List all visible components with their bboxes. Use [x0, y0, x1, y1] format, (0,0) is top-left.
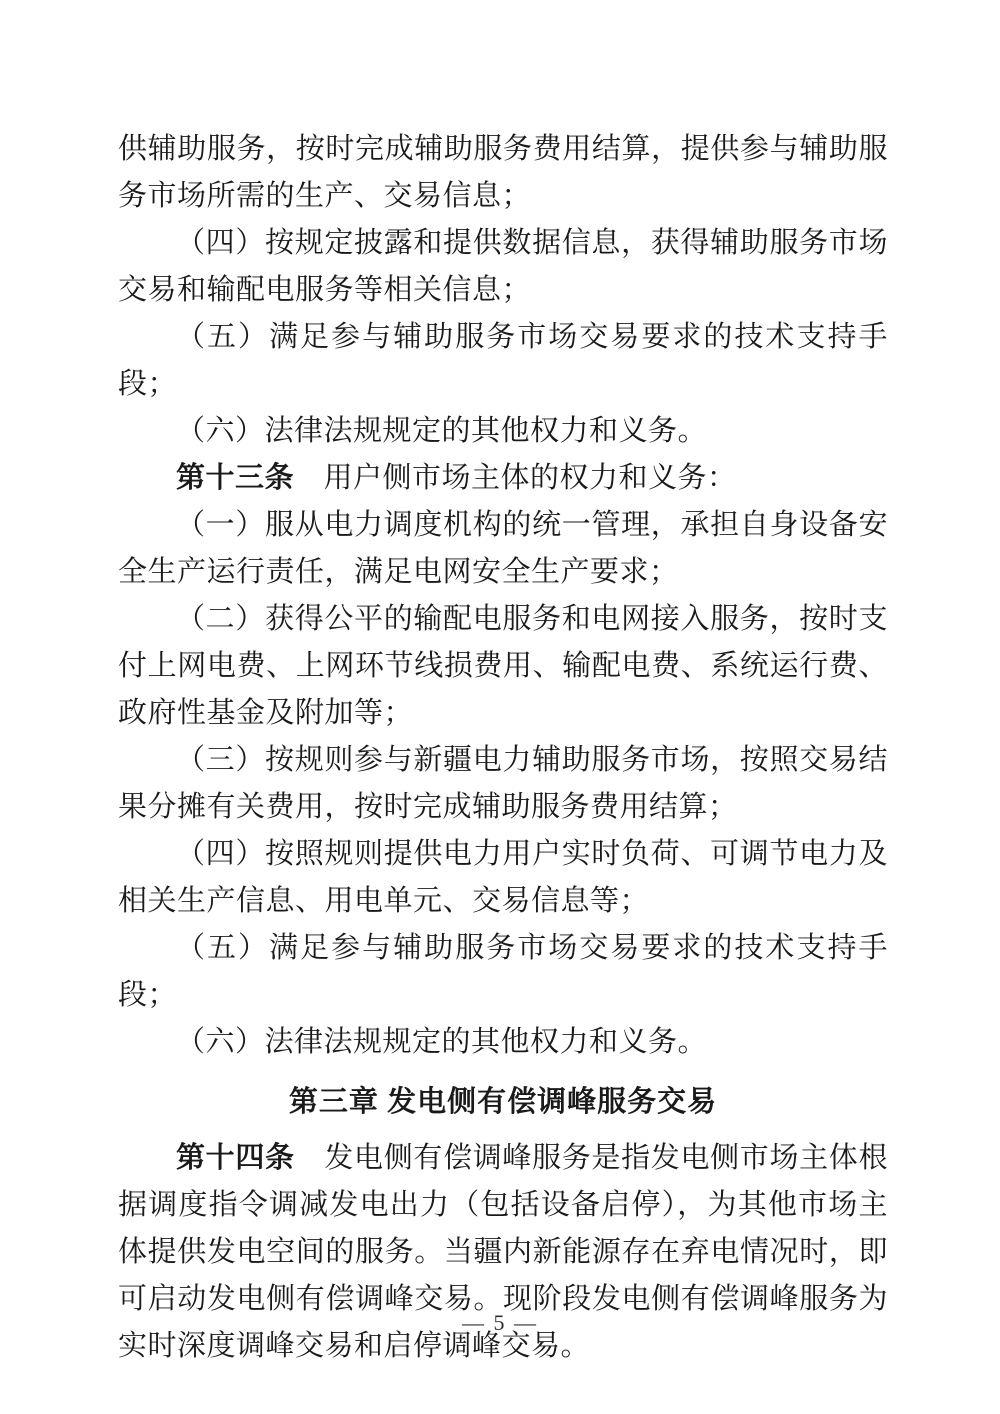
- article-number: 第十三条: [176, 462, 294, 494]
- paragraph-text: （一）服从电力调度机构的统一管理，承担自身设备安全生产运行责任，满足电网安全生产…: [118, 509, 888, 588]
- paragraph-text: 供辅助服务，按时完成辅助服务费用结算，提供参与辅助服务市场所需的生产、交易信息；: [118, 133, 888, 212]
- paragraph: （二）获得公平的输配电服务和电网接入服务，按时支付上网电费、上网环节线损费用、输…: [118, 596, 888, 737]
- paragraph-text: （五）满足参与辅助服务市场交易要求的技术支持手段；: [118, 932, 888, 1011]
- document-page: 供辅助服务，按时完成辅助服务费用结算，提供参与辅助服务市场所需的生产、交易信息；…: [0, 0, 1000, 1414]
- document-content: 供辅助服务，按时完成辅助服务费用结算，提供参与辅助服务市场所需的生产、交易信息；…: [118, 126, 888, 1370]
- paragraph: （四）按规定披露和提供数据信息，获得辅助服务市场交易和输配电服务等相关信息；: [118, 220, 888, 314]
- paragraph-text: （三）按规则参与新疆电力辅助服务市场，按照交易结果分摊有关费用，按时完成辅助服务…: [118, 744, 888, 823]
- paragraph-text: （六）法律法规规定的其他权力和义务。: [176, 415, 707, 447]
- paragraph-text: （四）按照规则提供电力用户实时负荷、可调节电力及相关生产信息、用电单元、交易信息…: [118, 838, 888, 917]
- paragraph: （五）满足参与辅助服务市场交易要求的技术支持手段；: [118, 925, 888, 1019]
- paragraph-text: 用户侧市场主体的权力和义务：: [294, 462, 737, 494]
- paragraph-text: （六）法律法规规定的其他权力和义务。: [176, 1026, 707, 1058]
- paragraph: （六）法律法规规定的其他权力和义务。: [118, 408, 888, 455]
- paragraph: （六）法律法规规定的其他权力和义务。: [118, 1019, 888, 1066]
- paragraph-article-13: 第十三条 用户侧市场主体的权力和义务：: [118, 455, 888, 502]
- paragraph: （一）服从电力调度机构的统一管理，承担自身设备安全生产运行责任，满足电网安全生产…: [118, 502, 888, 596]
- paragraph: （四）按照规则提供电力用户实时负荷、可调节电力及相关生产信息、用电单元、交易信息…: [118, 831, 888, 925]
- paragraph: （三）按规则参与新疆电力辅助服务市场，按照交易结果分摊有关费用，按时完成辅助服务…: [118, 737, 888, 831]
- paragraph-text: （四）按规定披露和提供数据信息，获得辅助服务市场交易和输配电服务等相关信息；: [118, 227, 888, 306]
- paragraph: 供辅助服务，按时完成辅助服务费用结算，提供参与辅助服务市场所需的生产、交易信息；: [118, 126, 888, 220]
- paragraph-text: （二）获得公平的输配电服务和电网接入服务，按时支付上网电费、上网环节线损费用、输…: [118, 603, 888, 729]
- page-number: — 5 —: [0, 1309, 1000, 1337]
- paragraph-text: （五）满足参与辅助服务市场交易要求的技术支持手段；: [118, 321, 888, 400]
- article-number: 第十四条: [176, 1142, 295, 1174]
- paragraph: （五）满足参与辅助服务市场交易要求的技术支持手段；: [118, 314, 888, 408]
- chapter-heading: 第三章 发电侧有偿调峰服务交易: [118, 1079, 888, 1126]
